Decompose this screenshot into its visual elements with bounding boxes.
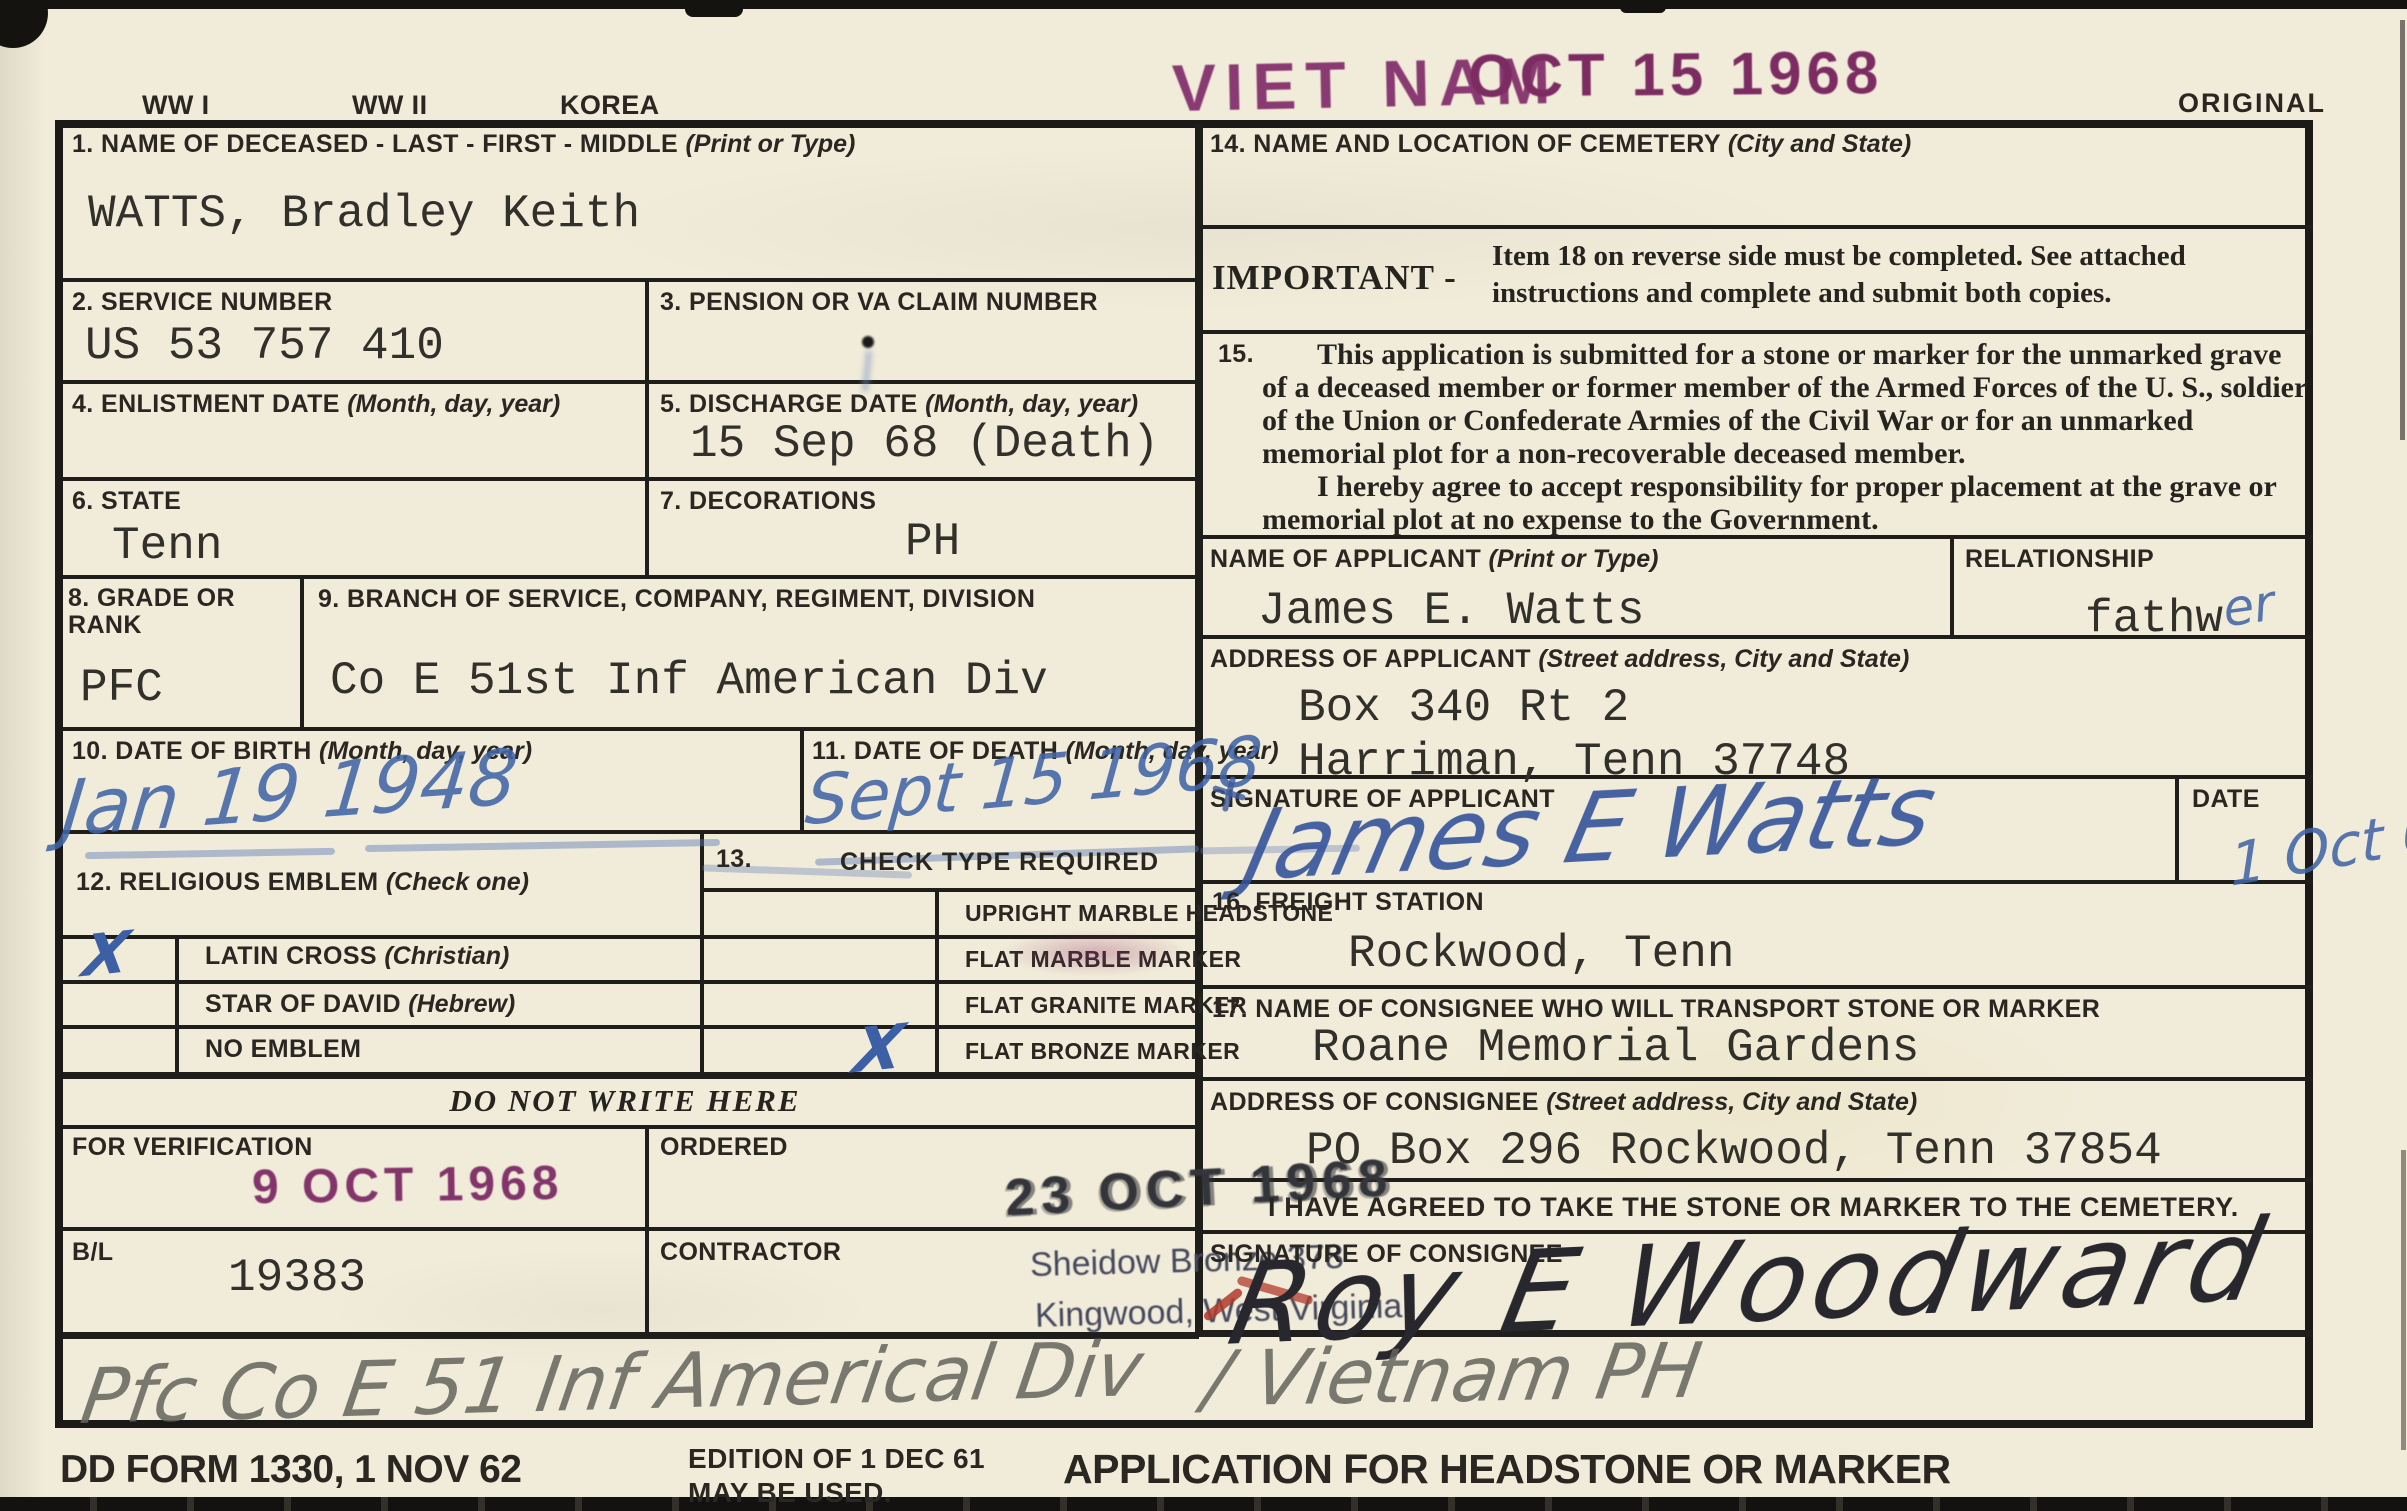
war-label-ww2: WW II <box>352 90 427 121</box>
grid-line <box>300 575 304 731</box>
field-13-number: 13. <box>716 845 752 874</box>
grid-line <box>645 278 649 579</box>
option-star-of-david-text: STAR OF DAVID <box>205 990 401 1018</box>
field-5-label-text: 5. DISCHARGE DATE <box>660 390 918 418</box>
field-1-label: 1. NAME OF DECEASED - LAST - FIRST - MID… <box>72 130 855 159</box>
field-16-label: 16. FREIGHT STATION <box>1212 888 1484 917</box>
bl-value: 19383 <box>228 1252 366 1304</box>
relationship-pen-correction: er <box>2219 574 2278 639</box>
grid-line <box>1950 535 1954 639</box>
field-4-hint: (Month, day, year) <box>347 390 560 418</box>
scan-edge-top <box>0 0 2407 9</box>
grid-line <box>63 278 1199 282</box>
field-9-value: Co E 51st Inf American Div <box>330 655 1048 707</box>
ordered-label: ORDERED <box>660 1133 788 1162</box>
field-2-label: 2. SERVICE NUMBER <box>72 288 333 317</box>
grid-line <box>63 1025 1199 1029</box>
field-12-label: 12. RELIGIOUS EMBLEM (Check one) <box>76 868 529 897</box>
field-5-value: 15 Sep 68 (Death) <box>690 418 1159 470</box>
field-3-label: 3. PENSION OR VA CLAIM NUMBER <box>660 288 1098 317</box>
field-7-value: PH <box>905 516 960 568</box>
bl-label: B/L <box>72 1238 113 1267</box>
important-text: Item 18 on reverse side must be complete… <box>1492 238 2327 312</box>
field-14-hint: (City and State) <box>1728 130 1911 158</box>
form-title: APPLICATION FOR HEADSTONE OR MARKER <box>1063 1446 1951 1493</box>
grid-line <box>645 1125 649 1336</box>
field-12-hint: (Check one) <box>386 868 529 896</box>
field-13-label: CHECK TYPE REQUIRED <box>840 848 1159 877</box>
relationship-label: RELATIONSHIP <box>1965 545 2154 574</box>
applicant-name-label-text: NAME OF APPLICANT <box>1210 545 1481 573</box>
field-14-label: 14. NAME AND LOCATION OF CEMETERY (City … <box>1210 130 1911 159</box>
option-flat-bronze: FLAT BRONZE MARKER <box>965 1038 1240 1065</box>
field-9-label: 9. BRANCH OF SERVICE, COMPANY, REGIMENT,… <box>318 585 1035 614</box>
copy-label-original: ORIGINAL <box>2178 88 2326 119</box>
option-latin-cross-text: LATIN CROSS <box>205 942 377 970</box>
important-label: IMPORTANT - <box>1212 258 1457 298</box>
option-latin-cross-hint: (Christian) <box>384 942 509 970</box>
consignee-address-label: ADDRESS OF CONSIGNEE (Street address, Ci… <box>1210 1088 1917 1117</box>
field-2-value: US 53 757 410 <box>85 320 444 372</box>
field-4-label: 4. ENLISTMENT DATE (Month, day, year) <box>72 390 560 419</box>
field-17-value: Roane Memorial Gardens <box>1312 1022 1919 1074</box>
field-12-label-text: 12. RELIGIOUS EMBLEM <box>76 868 378 896</box>
grid-line <box>63 727 1199 731</box>
consignee-address-label-text: ADDRESS OF CONSIGNEE <box>1210 1088 1539 1116</box>
contractor-label: CONTRACTOR <box>660 1238 841 1267</box>
applicant-name-hint: (Print or Type) <box>1489 545 1659 573</box>
date-label: DATE <box>2192 785 2260 814</box>
scan-edge-blob <box>1620 0 1666 13</box>
option-latin-cross: LATIN CROSS (Christian) <box>205 942 509 971</box>
grid-line <box>63 1227 1199 1231</box>
option-flat-granite: FLAT GRANITE MARKER <box>965 992 1247 1019</box>
edition-note-line1: EDITION OF 1 DEC 61 <box>688 1443 985 1475</box>
grid-line <box>1195 985 2313 989</box>
field-7-label: 7. DECORATIONS <box>660 487 876 516</box>
ink-mark <box>862 336 874 348</box>
field-6-value: Tenn <box>112 520 222 572</box>
war-label-ww1: WW I <box>142 90 210 121</box>
field-17-label: 17. NAME OF CONSIGNEE WHO WILL TRANSPORT… <box>1212 995 2100 1024</box>
scan-edge-bottom <box>0 1497 2407 1511</box>
received-date-stamp: OCT 15 1968 <box>1468 38 1884 111</box>
field-15-paragraph-2: I hereby agree to accept responsibility … <box>1262 470 2307 536</box>
field-1-hint: (Print or Type) <box>685 130 855 158</box>
scanned-form-page: WW I WW II KOREA VIET NAM OCT 15 1968 OR… <box>0 0 2407 1511</box>
option-star-of-david-hint: (Hebrew) <box>408 990 515 1018</box>
field-5-label: 5. DISCHARGE DATE (Month, day, year) <box>660 390 1138 419</box>
pencil-annotation-right: / Vietnam PH <box>1198 1326 1707 1424</box>
field-4-label-text: 4. ENLISTMENT DATE <box>72 390 340 418</box>
consignee-address-hint: (Street address, City and State) <box>1546 1088 1917 1116</box>
option-no-emblem: NO EMBLEM <box>205 1035 361 1064</box>
grid-line <box>63 1072 1199 1079</box>
grid-line <box>175 935 179 1076</box>
scan-edge-right <box>2401 1150 2406 1450</box>
form-number: DD FORM 1330, 1 NOV 62 <box>60 1448 522 1492</box>
applicant-name-label: NAME OF APPLICANT (Print or Type) <box>1210 545 1658 574</box>
option-star-of-david: STAR OF DAVID (Hebrew) <box>205 990 515 1019</box>
field-14-label-text: 14. NAME AND LOCATION OF CEMETERY <box>1210 130 1720 158</box>
grid-line <box>2175 775 2179 884</box>
consignee-address-value: PO Box 296 Rockwood, Tenn 37854 <box>1306 1125 2162 1177</box>
field-15-paragraph-1: This application is submitted for a ston… <box>1262 338 2307 470</box>
relationship-value: fathwer <box>2085 585 2274 645</box>
grid-line <box>63 380 1199 384</box>
edition-note-line2: MAY BE USED. <box>688 1477 892 1509</box>
applicant-name-value: James E. Watts <box>1258 585 1644 637</box>
do-not-write-banner: DO NOT WRITE HERE <box>55 1083 1195 1119</box>
grid-line <box>1195 330 2313 334</box>
scan-edge-right <box>2400 20 2405 440</box>
applicant-address-line1: Box 340 Rt 2 <box>1298 682 1629 734</box>
grid-line <box>1195 1077 2313 1081</box>
field-15-number: 15. <box>1218 340 1254 369</box>
stamp-smudge <box>1000 930 1190 976</box>
grid-line <box>63 980 1199 984</box>
applicant-address-hint: (Street address, City and State) <box>1538 645 1909 673</box>
for-verification-label: FOR VERIFICATION <box>72 1133 313 1162</box>
applicant-address-label: ADDRESS OF APPLICANT (Street address, Ci… <box>1210 645 1909 674</box>
grid-line <box>935 888 939 1076</box>
grid-line <box>63 477 1199 481</box>
grid-line <box>63 575 1199 579</box>
grid-line <box>700 888 1199 892</box>
field-1-label-text: 1. NAME OF DECEASED - LAST - FIRST - MID… <box>72 130 678 158</box>
war-label-korea: KOREA <box>560 90 660 121</box>
scan-corner-blob <box>0 0 48 48</box>
field-8-label: 8. GRADE OR RANK <box>68 585 278 639</box>
field-8-value: PFC <box>80 662 163 714</box>
field-1-value: WATTS, Bradley Keith <box>88 188 640 240</box>
applicant-address-label-text: ADDRESS OF APPLICANT <box>1210 645 1531 673</box>
relationship-typed: fathw <box>2085 593 2223 645</box>
field-6-label: 6. STATE <box>72 487 181 516</box>
grid-line <box>1195 225 2313 229</box>
scan-edge-blob <box>685 0 743 17</box>
field-5-hint: (Month, day, year) <box>925 390 1138 418</box>
grid-line <box>63 1125 1199 1129</box>
verification-date-stamp: 9 OCT 1968 <box>252 1156 564 1215</box>
field-16-value: Rockwood, Tenn <box>1348 928 1734 980</box>
